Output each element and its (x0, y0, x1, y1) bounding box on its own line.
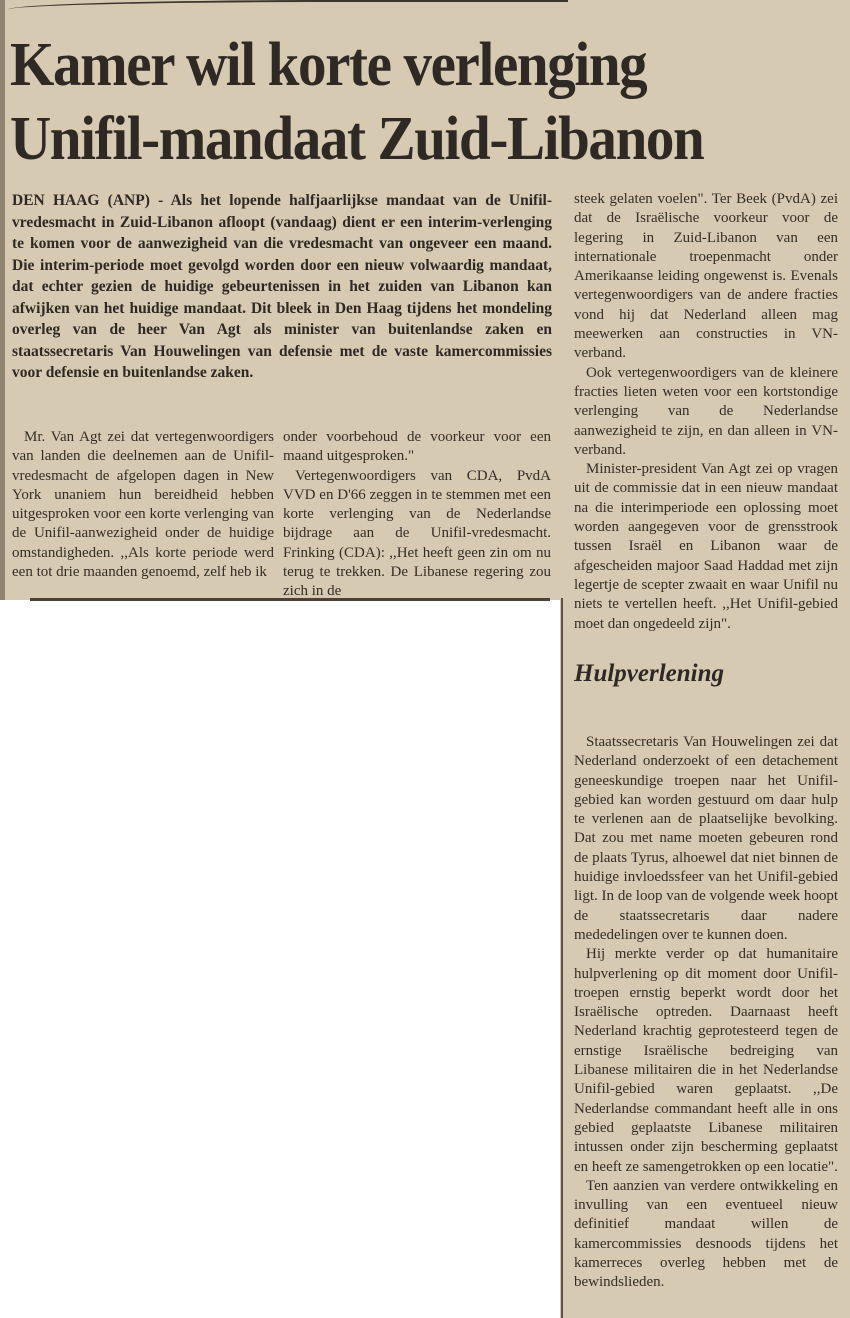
paragraph: steek gelaten voelen". Ter Beek (PvdA) z… (574, 190, 838, 364)
paragraph: Mr. Van Agt zei dat vertegenwoordigers v… (12, 428, 274, 582)
paragraph: Hij merkte verder op dat humanitaire hul… (574, 945, 838, 1177)
column-divider (561, 598, 563, 1318)
section-subheading: Hulpverlening (574, 660, 724, 688)
article-column-1: Mr. Van Agt zei dat vertegenwoordigers v… (12, 428, 274, 582)
top-rule-line (8, 0, 568, 16)
paragraph: Ten aanzien van verdere ontwikkeling en … (574, 1177, 838, 1293)
paragraph: Staatssecretaris Van Houwelingen zei dat… (574, 733, 838, 945)
article-headline: Kamer wil korte verlenging Unifil-mandaa… (10, 28, 774, 176)
paragraph: onder voorbehoud de voorkeur voor een ma… (283, 428, 551, 467)
page-edge-shadow (0, 0, 5, 600)
headline-line-1: Kamer wil korte verlenging (10, 28, 774, 102)
paragraph: Ook vertegenwoordigers van de kleinere f… (574, 364, 838, 460)
paragraph: Minister-president Van Agt zei op vragen… (574, 460, 838, 634)
article-column-4: Staatssecretaris Van Houwelingen zei dat… (574, 733, 838, 1293)
article-column-3: steek gelaten voelen". Ter Beek (PvdA) z… (574, 190, 838, 634)
article-lead: DEN HAAG (ANP) - Als het lopende halfjaa… (12, 190, 552, 384)
paragraph: Vertegenwoordigers van CDA, PvdA VVD en … (283, 467, 551, 602)
headline-line-2: Unifil-mandaat Zuid-Libanon (10, 102, 774, 176)
article-column-2: onder voorbehoud de voorkeur voor een ma… (283, 428, 551, 602)
